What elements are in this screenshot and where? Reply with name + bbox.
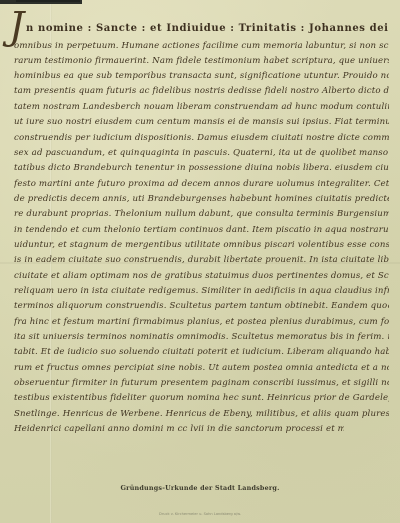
charter-line-26: Snetlinge. Henricus de Werbene. Henricus… — [14, 409, 389, 419]
charter-line-27: Heidenrici capellani anno domini m cc lv… — [14, 424, 344, 434]
charter-line-19: terminos aliquorum construendis. Scultet… — [14, 301, 389, 311]
charter-line-13: re durabunt proprias. Thelonium nullum d… — [14, 209, 389, 219]
charter-line-7: ut iure suo nostri eiusdem cum centum ma… — [14, 117, 389, 127]
charter-line-8: construendis per iudicium dispositionis.… — [14, 133, 389, 143]
document-caption: Gründungs-Urkunde der Stadt Landsberg. — [0, 484, 400, 492]
charter-line-18: reliquam uero in ista ciuitate redigemus… — [14, 286, 389, 296]
charter-line-5: tam presentis quam futuris ac fidelibus … — [14, 86, 389, 96]
printer-imprint: Druck v. Kirchermeier u. Sohn Landsberg … — [0, 512, 400, 516]
charter-line-16: is in eadem ciuitate suo construendis, d… — [14, 255, 389, 265]
charter-line-25: testibus existentibus fideliter quorum n… — [14, 393, 389, 403]
charter-line-9: sex ad pascuandum, et quinquaginta in pa… — [14, 148, 389, 158]
charter-line-11: festo martini ante futuro proxima ad dec… — [14, 179, 389, 189]
charter-line-15: uiduntur, et stagnum de mergentibus util… — [14, 240, 389, 250]
charter-line-22: tabit. Et de iudicio suo soluendo ciuita… — [14, 347, 389, 357]
charter-line-21: ita sit uniuersis terminos nominatis omn… — [14, 332, 389, 342]
charter-line-14: in tendendo et cum thelonio tertiam cont… — [14, 225, 389, 235]
charter-line-24: obseruentur firmiter in futurum presente… — [14, 378, 389, 388]
decorated-initial-letter: J — [9, 7, 24, 45]
charter-line-4: hominibus ea que sub temporibus transact… — [14, 71, 389, 81]
charter-line-10: tatibus dicto Brandeburch tenentur in po… — [14, 163, 389, 173]
charter-line-20: fra hinc et festum martini firmabimus pl… — [14, 317, 389, 327]
charter-line-2: omnibus in perpetuum. Humane actiones fa… — [14, 41, 389, 51]
charter-line-12: de predictis decem annis, uti Brandeburg… — [14, 194, 389, 204]
charter-line-1: n nomine : Sancte : et Indiuidue : Trini… — [26, 23, 389, 34]
charter-line-17: ciuitate et aliam optimam nos de gratibu… — [14, 271, 389, 281]
charter-line-6: tatem nostram Landesberch nouam liberam … — [14, 102, 389, 112]
torn-edge-shadow — [16, 0, 80, 2]
charter-line-23: rum et fructus omnes percipiat sine nobi… — [14, 363, 389, 373]
charter-line-3: rarum testimonio firmauerint. Nam fidele… — [14, 56, 389, 66]
